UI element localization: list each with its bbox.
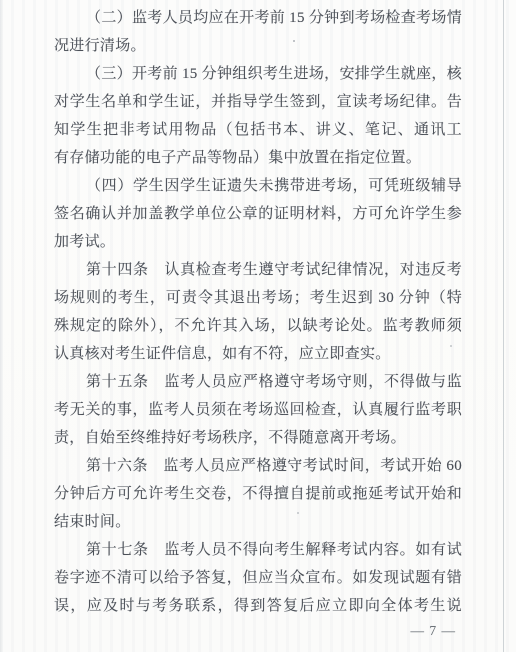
- text-line: 加考试。: [54, 228, 462, 256]
- scan-speck: [297, 512, 299, 514]
- text-line: 第十五条 监考人员应严格遵守考场守则，不得做与监: [54, 368, 462, 396]
- text-line: 殊规定的除外），不允许其入场，以缺考论处。监考教师须: [54, 312, 462, 340]
- text-line: 责，自始至终维持好考场秩序，不得随意离开考场。: [54, 424, 462, 452]
- text-line: （二）监考人员均应在开考前 15 分钟到考场检查考场情: [54, 4, 462, 32]
- text-line: 对学生名单和学生证，并指导学生签到，宣读考场纪律。告: [54, 88, 462, 116]
- text-line: 分钟后方可允许考生交卷，不得擅自提前或拖延考试开始和: [54, 480, 462, 508]
- text-line: 第十六条 监考人员应严格遵守考试时间，考试开始 60: [54, 452, 462, 480]
- scan-speck: [448, 600, 450, 602]
- text-line: 知学生把非考试用物品（包括书本、讲义、笔记、通讯工具、: [54, 116, 462, 144]
- text-line: 卷字迹不清可以给予答复，但应当众宣布。如发现试题有错: [54, 564, 462, 592]
- text-line: （四）学生因学生证遗失未携带进考场，可凭班级辅导员: [54, 172, 462, 200]
- text-line: 认真核对考生证件信息，如有不符，应立即查实。: [54, 340, 462, 368]
- scan-page-edge-line: [503, 0, 504, 652]
- text-line: 第十四条 认真检查考生遵守考试纪律情况，对违反考: [54, 256, 462, 284]
- text-line: 第十七条 监考人员不得向考生解释考试内容。如有试: [54, 536, 462, 564]
- text-line: 有存储功能的电子产品等物品）集中放置在指定位置。: [54, 144, 462, 172]
- text-line: 场规则的考生，可责令其退出考场；考生迟到 30 分钟（特: [54, 284, 462, 312]
- text-line: 签名确认并加盖教学单位公章的证明材料，方可允许学生参: [54, 200, 462, 228]
- text-line: （三）开考前 15 分钟组织考生进场，安排学生就座，核: [54, 60, 462, 88]
- document-page: （二）监考人员均应在开考前 15 分钟到考场检查考场情况进行清场。（三）开考前 …: [0, 0, 516, 652]
- text-lines: （二）监考人员均应在开考前 15 分钟到考场检查考场情况进行清场。（三）开考前 …: [54, 4, 462, 620]
- text-line: 考无关的事，监考人员须在考场巡回检查，认真履行监考职: [54, 396, 462, 424]
- scan-speck: [293, 40, 295, 42]
- page-number: — 7 —: [411, 621, 457, 641]
- scan-speck: [450, 345, 452, 347]
- text-line: 况进行清场。: [54, 32, 462, 60]
- text-line: 误，应及时与考务联系，得到答复后应立即向全体考生说明。: [54, 592, 462, 620]
- scan-left-shadow: [0, 0, 3, 652]
- text-line: 结束时间。: [54, 508, 462, 536]
